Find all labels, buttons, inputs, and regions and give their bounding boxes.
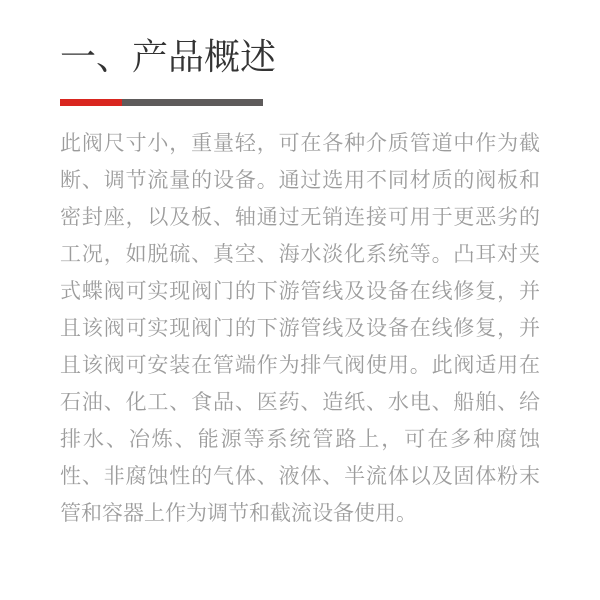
section-heading: 一、产品概述 [60, 35, 276, 79]
divider-gray-segment [122, 99, 263, 106]
product-description-text: 此阀尺寸小，重量轻，可在各种介质管道中作为截断、调节流量的设备。通过选用不同材质… [60, 125, 540, 532]
heading-divider [60, 99, 263, 106]
divider-red-segment [60, 99, 122, 106]
product-overview-section: 一、产品概述 此阀尺寸小，重量轻，可在各种介质管道中作为截断、调节流量的设备。通… [0, 0, 600, 600]
